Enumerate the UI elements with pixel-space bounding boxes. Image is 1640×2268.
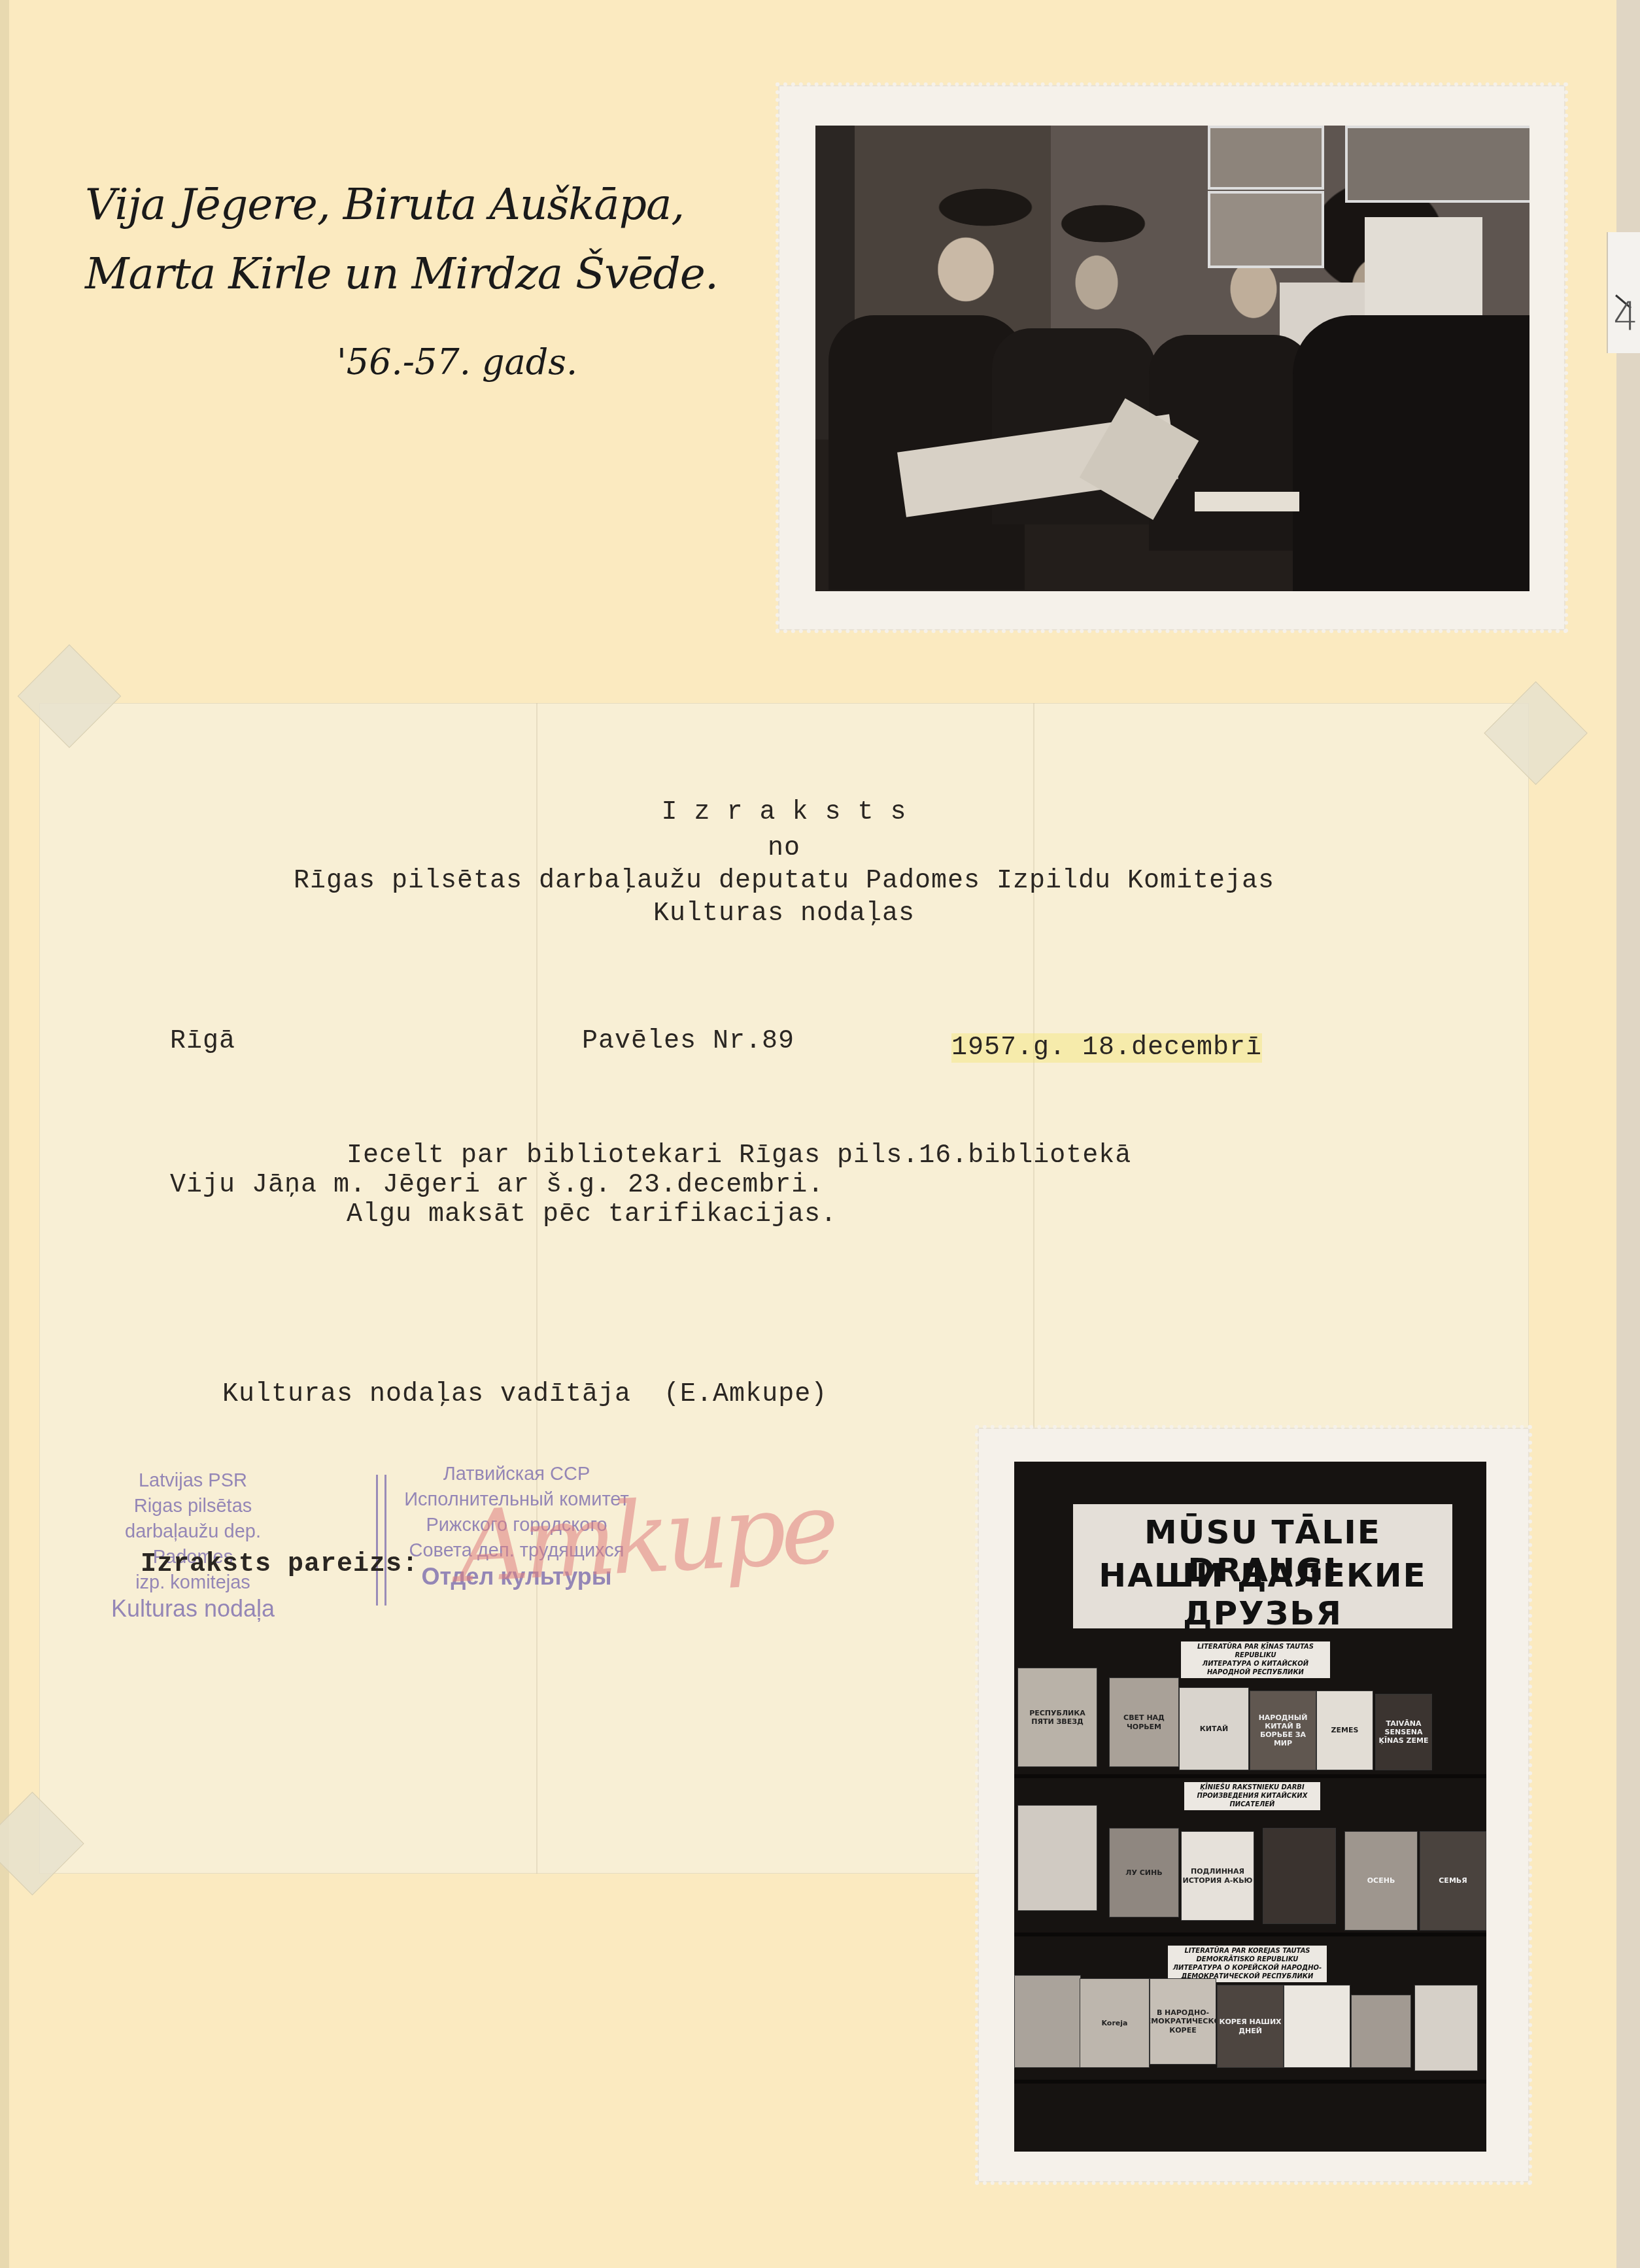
doc-body-line-3: Algu maksāt pēc tarifikacijas.: [347, 1200, 837, 1229]
book: ПОДЛИННАЯ ИСТОРИЯ А-КЬЮ: [1181, 1831, 1254, 1921]
shelf-2-label-ru: ПРОИЗВЕДЕНИЯ КИТАЙСКИХ ПИСАТЕЛЕЙ: [1187, 1792, 1318, 1809]
doc-signatory: Kulturas nodaļas vadītāja (E.Amkupe): [222, 1380, 827, 1409]
stamp-divider: [376, 1475, 386, 1606]
doc-order-number: Pavēles Nr.89: [582, 1027, 794, 1056]
doc-title: I z r a k s t s: [39, 798, 1529, 827]
doc-authority-line-2: Kulturas nodaļas: [39, 899, 1529, 929]
handwritten-signature: Amkupe: [455, 1471, 836, 1605]
photo-four-women-image: [815, 126, 1529, 591]
sign-title-russian: НАШИ ДАЛЕКИЕ ДРУЗЬЯ: [1073, 1556, 1452, 1632]
book: [1284, 1985, 1350, 2068]
shelf-1-label-lv: LITERATŪRA PAR ĶĪNAS TAUTAS REPUBLIKU: [1184, 1643, 1327, 1660]
shelf-3-label-lv: LITERATŪRA PAR KOREJAS TAUTAS DEMOKRĀTIS…: [1170, 1947, 1324, 1964]
shelf-1-label: LITERATŪRA PAR ĶĪNAS TAUTAS REPUBLIKU ЛИ…: [1181, 1641, 1330, 1678]
stamp-latvian-line: Rigas pilsētas: [95, 1494, 291, 1519]
page-number: 4: [1613, 294, 1638, 340]
photo-corner-top-right: [1484, 681, 1587, 785]
doc-body-line-1: Iecelt par bibliotekari Rīgas pils.16.bi…: [347, 1141, 1131, 1171]
wall-picture-icon: [1208, 126, 1324, 190]
caption-line-1: Vija Jēgere, Biruta Auškāpa,: [85, 183, 718, 226]
pamphlet-on-table-icon: [1195, 492, 1299, 511]
stamp-latvian-line: Kulturas nodaļa: [95, 1596, 291, 1621]
book: СВЕТ НАД ЧОРЬЕМ: [1109, 1677, 1179, 1767]
wall-map-icon: [1345, 126, 1529, 203]
book: РЕСПУБЛИКА ПЯТИ ЗВЕЗД: [1017, 1668, 1097, 1767]
doc-date-text: 1957.g. 18.decembrī: [951, 1033, 1262, 1063]
doc-date: 1957.g. 18.decembrī: [951, 1033, 1262, 1063]
book: СЕМЬЯ: [1420, 1831, 1486, 1931]
shelf-2: [1014, 1933, 1486, 1936]
photo-corner-top-left: [18, 644, 121, 747]
shelf-1-label-ru: ЛИТЕРАТУРА О КИТАЙСКОЙ НАРОДНОЙ РЕСПУБЛИ…: [1184, 1660, 1327, 1677]
book: ОСЕНЬ: [1344, 1831, 1418, 1931]
book: TAIVĀNA SENSENA ĶĪNAS ZEME: [1375, 1694, 1432, 1770]
book: [1414, 1985, 1478, 2071]
doc-from: no: [39, 834, 1529, 863]
shelf-3-label: LITERATŪRA PAR KOREJAS TAUTAS DEMOKRĀTIS…: [1168, 1946, 1327, 1982]
stamp-latvian: Latvijas PSR Rigas pilsētas darbaļaužu d…: [95, 1468, 291, 1621]
book: КИТАЙ: [1179, 1687, 1249, 1770]
photo-corner-bottom-left: [0, 1792, 84, 1895]
book: Koreja: [1080, 1978, 1150, 2068]
shelf-1: [1014, 1774, 1486, 1778]
book: [1014, 1975, 1081, 2068]
photo-four-women: [779, 86, 1564, 629]
handwritten-caption: Vija Jēgere, Biruta Auškāpa, Marta Kirle…: [85, 183, 718, 383]
doc-body-line-2: Viju Jāņa m. Jēgeri ar š.g. 23.decembri.: [170, 1171, 824, 1200]
book: В НАРОДНО-ДЕМОКРАТИЧЕСКОЙ КОРЕЕ: [1150, 1978, 1216, 2065]
doc-authority-line-1: Rīgas pilsētas darbaļaužu deputatu Padom…: [39, 867, 1529, 896]
book: НАРОДНЫЙ КИТАЙ В БОРЬБЕ ЗА МИР: [1250, 1691, 1316, 1770]
book: ZEMES: [1316, 1691, 1373, 1770]
book: ЛУ СИНЬ: [1109, 1828, 1179, 1917]
wall-picture-icon: [1208, 191, 1324, 268]
doc-certified: Izraksts pareizs:: [141, 1550, 419, 1579]
caption-year: '56.-57. gads.: [337, 341, 718, 383]
stamp-latvian-line: Latvijas PSR: [95, 1468, 291, 1494]
book: [1351, 1995, 1411, 2068]
shelf-2-label: ĶĪNIEŠU RAKSTNIEKU DARBI ПРОИЗВЕДЕНИЯ КИ…: [1184, 1782, 1320, 1810]
person-4-body: [1293, 315, 1529, 591]
shelf-3: [1014, 2080, 1486, 2084]
photo-book-exhibition: MŪSU TĀLIE DRAUGI НАШИ ДАЛЕКИЕ ДРУЗЬЯ LI…: [979, 1429, 1528, 2181]
doc-place: Rīgā: [170, 1027, 235, 1056]
album-page-edge: [0, 0, 9, 2268]
book: [1263, 1828, 1336, 1924]
photo-book-exhibition-image: MŪSU TĀLIE DRAUGI НАШИ ДАЛЕКИЕ ДРУЗЬЯ LI…: [1014, 1462, 1486, 2152]
exhibition-sign: MŪSU TĀLIE DRAUGI НАШИ ДАЛЕКИЕ ДРУЗЬЯ: [1073, 1485, 1452, 1628]
shelf-2-label-lv: ĶĪNIEŠU RAKSTNIEKU DARBI: [1187, 1783, 1318, 1792]
page-number-tab: 4: [1607, 232, 1640, 353]
book: [1017, 1805, 1097, 1911]
book: КОРЕЯ НАШИХ ДНЕЙ: [1217, 1985, 1284, 2068]
caption-line-2: Marta Kirle un Mirdza Švēde.: [85, 252, 718, 296]
